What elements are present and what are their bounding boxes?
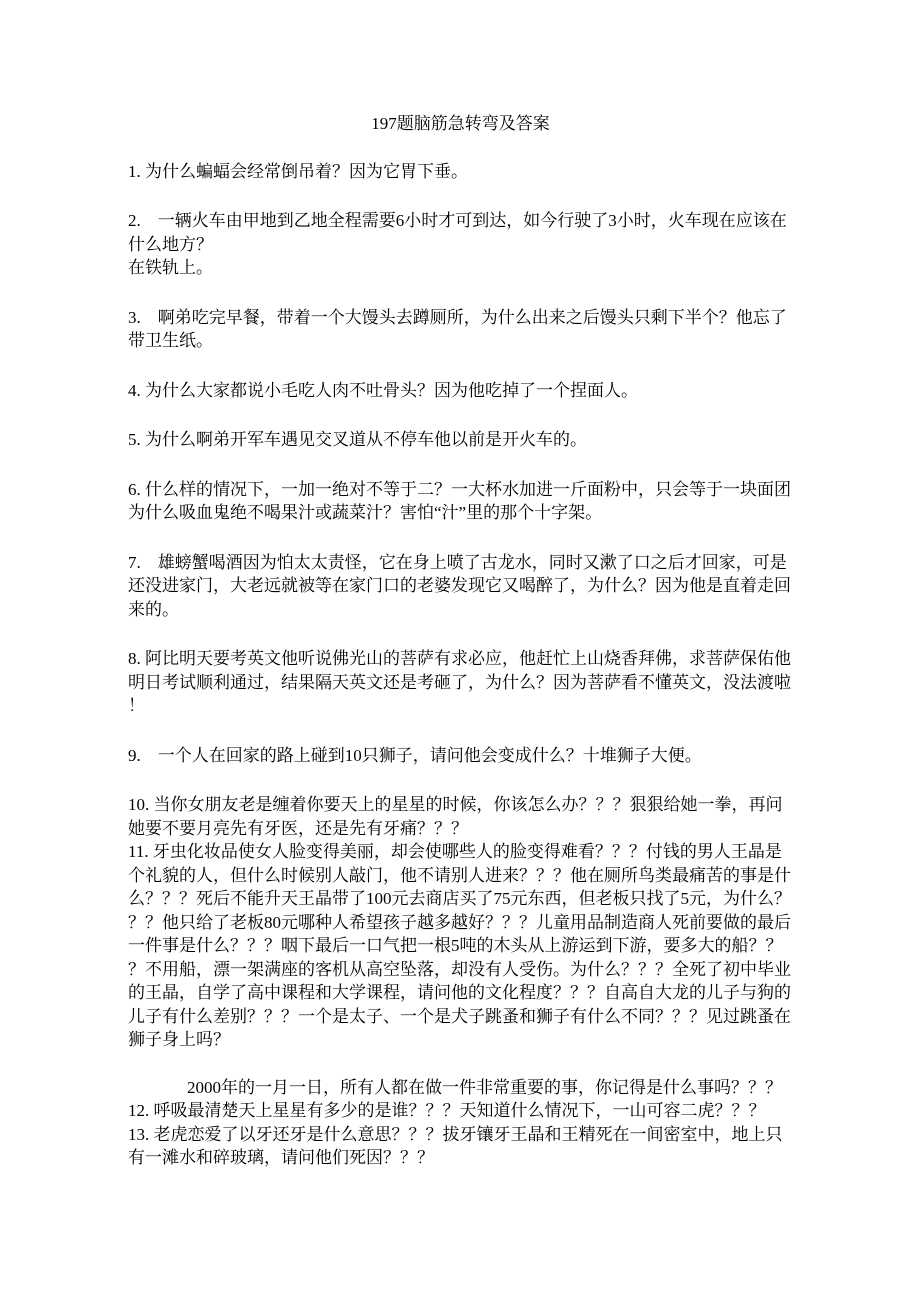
item-7: 7. 雄螃蟹喝酒因为怕太太责怪，它在身上喷了古龙水，同时又漱了口之后才回家，可是… bbox=[128, 551, 793, 622]
item-6: 6. 什么样的情况下，一加一绝对不等于二？一大杯水加进一斤面粉中，只会等于一块面… bbox=[128, 478, 793, 525]
item-13: 13. 老虎恋爱了以牙还牙是什么意思？？？拔牙镶牙王晶和王精死在一间密室中，地上… bbox=[128, 1123, 793, 1170]
item-11: 11. 牙虫化妆品使女人脸变得美丽，却会使哪些人的脸变得难看？？？付钱的男人王晶… bbox=[128, 840, 793, 1052]
item-8: 8. 阿比明天要考英文他听说佛光山的菩萨有求必应，他赶忙上山烧香拜佛，求菩萨保佑… bbox=[128, 647, 793, 718]
item-9: 9. 一个人在回家的路上碰到10只狮子，请问他会变成什么？十堆狮子大便。 bbox=[128, 744, 793, 768]
item-2: 2. 一辆火车由甲地到乙地全程需要6小时才可到达，如今行驶了3小时，火车现在应该… bbox=[128, 209, 793, 280]
item-12: 12. 呼吸最清楚天上星星有多少的是谁？？？天知道什么情况下，一山可容二虎？？？ bbox=[128, 1099, 793, 1123]
document-page: 197题脑筋急转弯及答案 1. 为什么蝙蝠会经常倒吊着？因为它胃下垂。2. 一辆… bbox=[0, 0, 920, 1303]
item-5: 5. 为什么啊弟开军车遇见交叉道从不停车他以前是开火车的。 bbox=[128, 428, 793, 452]
item-1: 1. 为什么蝙蝠会经常倒吊着？因为它胃下垂。 bbox=[128, 160, 793, 184]
item-10: 10. 当你女朋友老是缠着你要天上的星星的时候，你该怎么办？？？狠狠给她一拳，再… bbox=[128, 793, 793, 840]
note-2000: 2000年的一月一日，所有人都在做一件非常重要的事，你记得是什么事吗？？？ bbox=[128, 1076, 793, 1100]
item-3: 3. 啊弟吃完早餐，带着一个大馒头去蹲厕所，为什么出来之后馒头只剩下半个？他忘了… bbox=[128, 306, 793, 353]
document-title: 197题脑筋急转弯及答案 bbox=[128, 112, 793, 136]
item-4: 4. 为什么大家都说小毛吃人肉不吐骨头？因为他吃掉了一个捏面人。 bbox=[128, 379, 793, 403]
paragraphs: 1. 为什么蝙蝠会经常倒吊着？因为它胃下垂。2. 一辆火车由甲地到乙地全程需要6… bbox=[128, 160, 793, 1170]
